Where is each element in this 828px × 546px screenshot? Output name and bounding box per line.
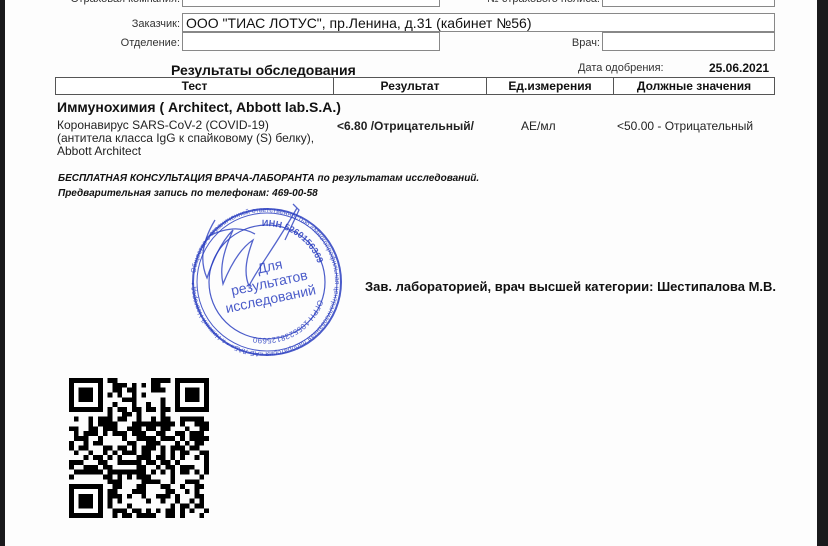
column-header-result: Результат	[334, 78, 487, 94]
qr-code-icon[interactable]	[69, 378, 209, 518]
department-field	[182, 32, 440, 51]
test-unit: АЕ/мл	[521, 119, 556, 133]
consultation-note: БЕСПЛАТНАЯ КОНСУЛЬТАЦИЯ ВРАЧА-ЛАБОРАНТА …	[58, 173, 479, 184]
column-header-unit: Ед.измерения	[487, 78, 614, 94]
approval-label: Дата одобрения:	[578, 62, 664, 74]
insurance-company-label: Страховая компания:	[35, 0, 180, 5]
appointment-note: Предварительная запись по телефонам: 469…	[58, 188, 318, 199]
department-label: Отделение:	[35, 37, 180, 49]
test-name-line: Abbott Architect	[57, 145, 337, 158]
approval-date: 25.06.2021	[709, 61, 769, 75]
results-title: Результаты обследования	[171, 62, 356, 78]
customer-field: ООО "ТИАС ЛОТУС", пр.Ленина, д.31 (кабин…	[182, 13, 775, 32]
insurance-company-field	[182, 0, 440, 7]
table-row: Коронавирус SARS-CoV-2 (COVID-19) (антит…	[57, 119, 337, 158]
policy-label: № страхового полиса:	[445, 0, 600, 5]
document-page: Страховая компания: № страхового полиса:…	[5, 0, 817, 546]
test-reference-range: <50.00 - Отрицательный	[617, 119, 753, 133]
customer-label: Заказчик:	[35, 18, 180, 30]
test-category: Иммунохимия ( Architect, Abbott lab.S.A.…	[57, 99, 341, 115]
stamp-icon: Общество с ограниченной ответственностью…	[185, 200, 365, 360]
head-of-laboratory-signature: Зав. лабораторией, врач высшей категории…	[365, 279, 776, 294]
policy-field	[602, 0, 775, 7]
test-result-value: <6.80 /Отрицательный/	[337, 119, 474, 133]
column-header-test: Тест	[56, 78, 334, 94]
column-header-reference: Должные значения	[614, 78, 774, 94]
doctor-label: Врач:	[505, 37, 600, 49]
results-table-header: Тест Результат Ед.измерения Должные знач…	[55, 77, 775, 95]
doctor-field	[602, 32, 775, 51]
